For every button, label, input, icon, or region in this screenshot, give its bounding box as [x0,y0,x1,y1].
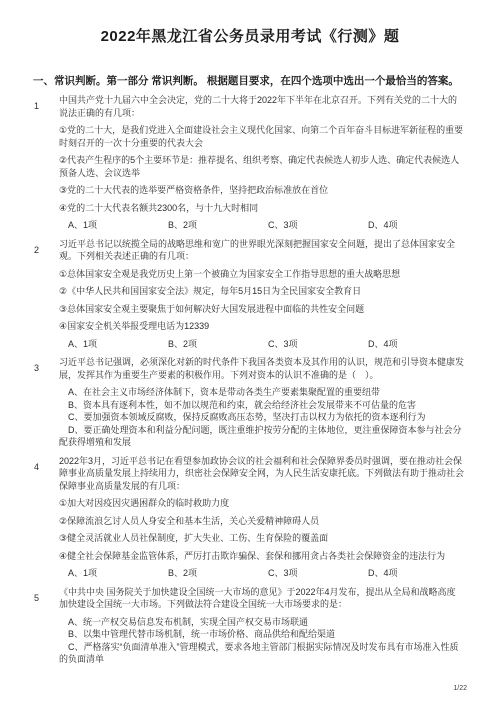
question-number: 4 [34,461,39,474]
exam-document-page: 2022年黑龙江省公务员录用考试《行测》题 一、常识判断。第一部分 常识判断。 … [0,0,500,708]
option-c: C、3项 [268,567,368,580]
statement-item: ②保障流浪乞讨人员人身安全和基本生活，关心关爱精神障碍人员 [59,515,464,528]
option-a: A、在社会主义市场经济体制下，资本是带动各类生产要素集聚配置的重要纽带 [59,386,464,399]
section-heading: 一、常识判断。第一部分 常识判断。 根据题目要求，在四个选项中选出一个最恰当的答… [33,75,464,88]
statement-item: ①总体国家安全观是我党历史上第一个被确立为国家安全工作指导思想的重大战略思想 [59,268,464,281]
option-d: D、要正确处理资本和利益分配问题，既注重维护按劳分配的主体地位，更注重保障资本参… [59,424,464,449]
option-a: A、统一产权交易信息发布机制，实现全国产权交易市场联通 [59,616,464,629]
question-number: 2 [34,244,39,257]
statement-item: ③健全灵活就业人员社保制度，扩大失业、工伤、生育保险的覆盖面 [59,532,464,545]
option-d: D、4项 [368,338,468,351]
question-number: 5 [34,592,39,605]
option-a: A、1项 [68,567,168,580]
option-c: C、3项 [268,219,368,232]
option-b: B、2项 [168,219,268,232]
question-stem: 中国共产党十九届六中全会决定，党的二十大将于2022年下半年在北京召开。下列有关… [59,94,464,119]
options-block: A、在社会主义市场经济体制下，资本是带动各类生产要素集聚配置的重要纽带 B、资本… [59,386,464,449]
option-d: D、4项 [368,219,468,232]
statement-item: ③党的二十大代表的选举要严格资格条件，坚持把政治标准放在首位 [59,184,464,197]
option-c: C、严格落实“负面清单准入”管理模式，要求各地主管部门根据实际情况及时发布具有市… [59,641,464,666]
question-1: 1 中国共产党十九届六中全会决定，党的二十大将于2022年下半年在北京召开。下列… [33,94,464,232]
options-row: A、1项 B、2项 C、3项 D、4项 [59,567,464,580]
question-4: 4 2022年3月，习近平总书记在看望参加政协会议的社会福利和社会保障界委员时强… [33,455,464,580]
statement-item: ①党的二十大，是我们党进入全面建设社会主义现代化国家、向第二个百年奋斗目标进军新… [59,124,464,149]
option-a: A、1项 [68,219,168,232]
option-c: C、要加强资本领域反腐败，保持反腐败高压态势，坚决打击以权力为依托的资本逐利行为 [59,411,464,424]
option-d: D、4项 [368,567,468,580]
statement-item: ④国家安全机关举报受理电话为12339 [59,320,464,333]
page-number: 1/22 [453,685,467,692]
statement-item: ②代表产生程序的5个主要环节是：推荐提名、组织考察、确定代表候选人初步人选、确定… [59,154,464,179]
statement-item: ①加大对因疫因灾遇困群众的临时救助力度 [59,497,464,510]
document-title: 2022年黑龙江省公务员录用考试《行测》题 [0,0,500,46]
option-b: B、以集中管理代替市场机制，统一市场价格、商品供给和配给渠道 [59,628,464,641]
question-3: 3 习近平总书记强调，必须深化对新的时代条件下我国各类资本及其作用的认识，规范和… [33,356,464,449]
statement-item: ④党的二十大代表名额共2300名，与十九大时相同 [59,202,464,215]
question-2: 2 习近平总书记以统揽全局的战略思维和宽广的世界眼光深刻把握国家安全问题，提出了… [33,238,464,351]
question-stem: 2022年3月，习近平总书记在看望参加政协会议的社会福利和社会保障界委员时强调，… [59,455,464,493]
option-b: B、2项 [168,567,268,580]
options-row: A、1项 B、2项 C、3项 D、4项 [59,219,464,232]
statement-item: ④健全社会保障基金监管体系，严厉打击欺诈骗保、套保和挪用贪占各类社会保障资金的违… [59,550,464,563]
document-content: 一、常识判断。第一部分 常识判断。 根据题目要求，在四个选项中选出一个最恰当的答… [0,46,500,666]
statement-item: ②《中华人民共和国国家安全法》规定，每年5月15日为全民国家安全教育日 [59,285,464,298]
statement-item: ③总体国家安全观主要聚焦于如何解决好大国发展进程中面临的共性安全问题 [59,303,464,316]
question-stem: 习近平总书记以统揽全局的战略思维和宽广的世界眼光深刻把握国家安全问题，提出了总体… [59,238,464,263]
option-b: B、2项 [168,338,268,351]
option-a: A、1项 [68,338,168,351]
question-stem: 《中共中央 国务院关于加快建设全国统一大市场的意见》于2022年4月发布，提出从… [59,586,464,611]
question-number: 1 [34,100,39,113]
question-5: 5 《中共中央 国务院关于加快建设全国统一大市场的意见》于2022年4月发布，提… [33,586,464,666]
options-row: A、1项 B、2项 C、3项 D、4项 [59,338,464,351]
option-c: C、3项 [268,338,368,351]
question-number: 3 [34,362,39,375]
options-block: A、统一产权交易信息发布机制，实现全国产权交易市场联通 B、以集中管理代替市场机… [59,616,464,666]
option-b: B、资本具有逐利本性，如不加以规范和约束，就会给经济社会发展带来不可估量的危害 [59,399,464,412]
question-stem: 习近平总书记强调，必须深化对新的时代条件下我国各类资本及其作用的认识，规范和引导… [59,356,464,381]
